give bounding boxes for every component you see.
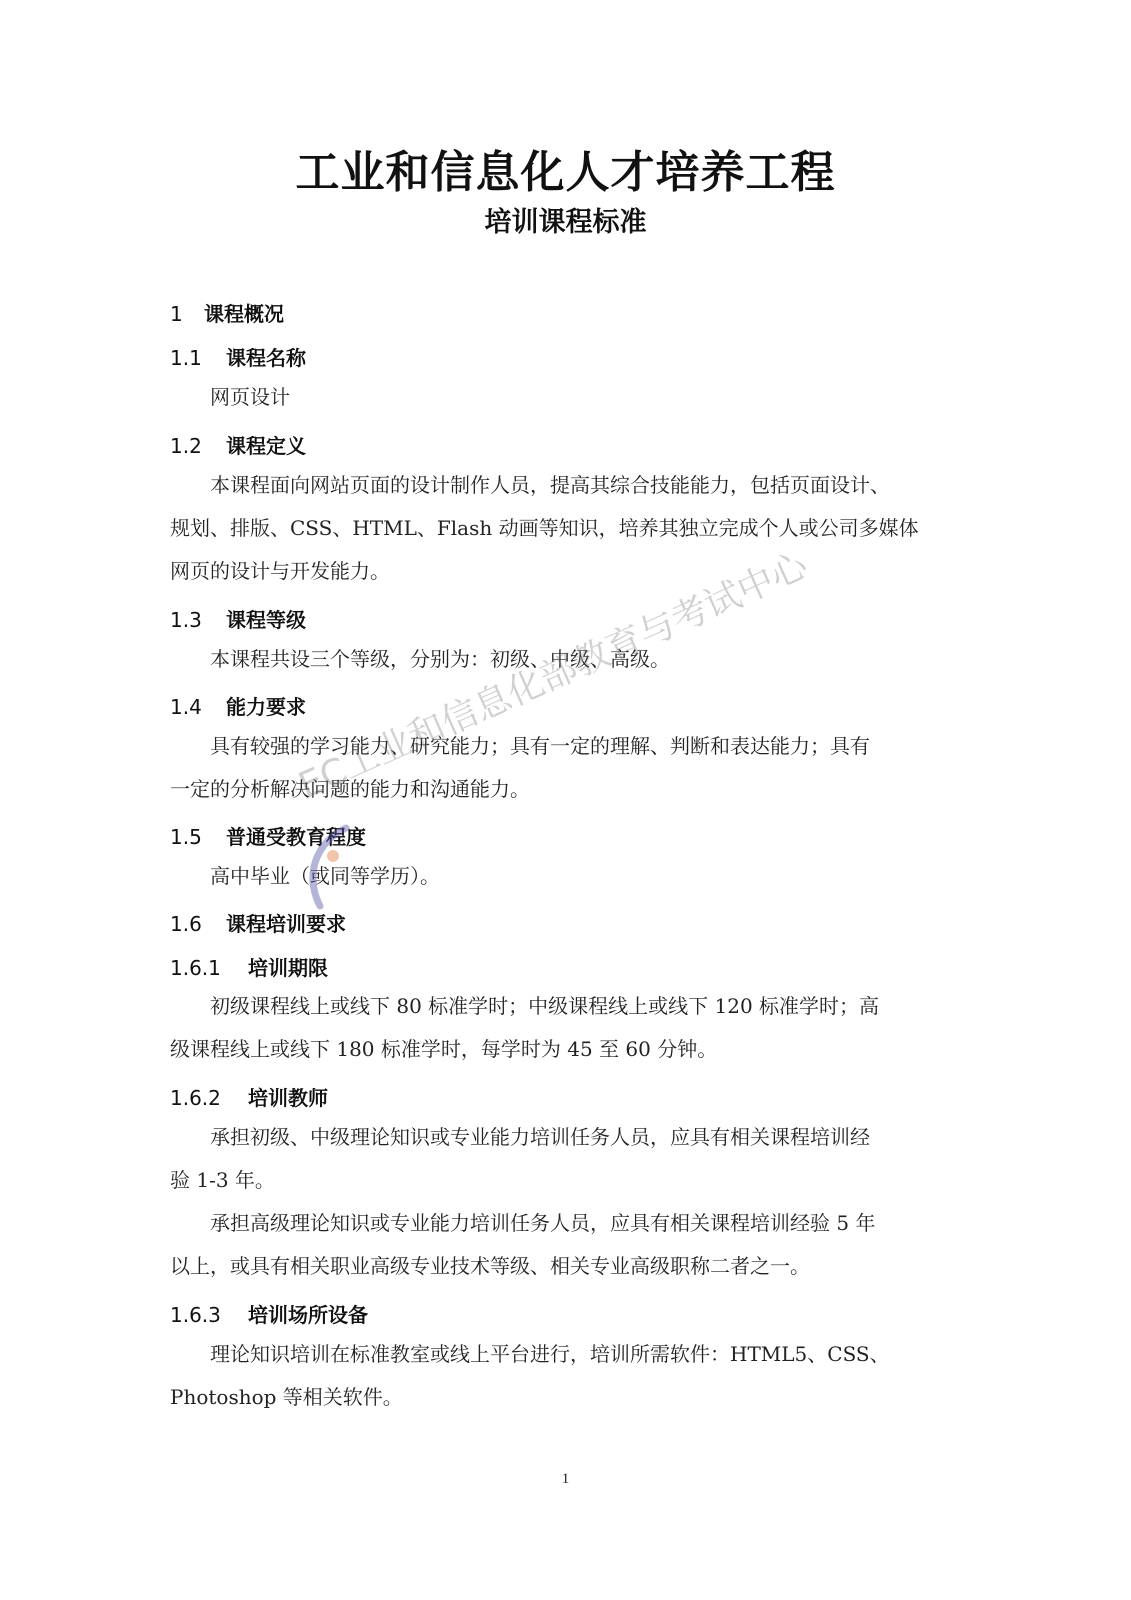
section-body-1-4: 具有较强的学习能力、研究能力；具有一定的理解、判断和表达能力；具有 一定的分析解… [170,725,960,811]
paragraph-line: 规划、排版、CSS、HTML、Flash 动画等知识，培养其独立完成个人或公司多… [170,507,960,550]
paragraph-line: 本课程共设三个等级，分别为：初级、中级、高级。 [170,638,960,681]
paragraph-line: 一定的分析解决问题的能力和沟通能力。 [170,768,960,811]
paragraph-line: 承担高级理论知识或专业能力培训任务人员，应具有相关课程培训经验 5 年 [170,1202,960,1245]
paragraph-line: 验 1-3 年。 [170,1159,960,1202]
section-number: 1.6.2 [170,1086,248,1110]
paragraph-line: 本课程面向网站页面的设计制作人员，提高其综合技能能力，包括页面设计、 [170,464,960,507]
section-number: 1.1 [170,346,226,370]
section-heading-1-6: 1.6课程培训要求 [170,908,346,937]
section-title: 培训场所设备 [248,1303,368,1327]
section-title: 课程定义 [226,434,306,458]
section-body-1-6-3: 理论知识培训在标准教室或线上平台进行，培训所需软件：HTML5、CSS、 Pho… [170,1333,960,1419]
section-title: 课程培训要求 [226,912,346,936]
section-title: 能力要求 [226,695,306,719]
paragraph-line: Photoshop 等相关软件。 [170,1376,960,1419]
document-page: 工业和信息化人才培养工程 培训课程标准 1课程概况 1.1课程名称 网页设计 1… [0,0,1131,1600]
section-title: 课程等级 [226,608,306,632]
paragraph-line: 具有较强的学习能力、研究能力；具有一定的理解、判断和表达能力；具有 [170,725,960,768]
section-title: 培训教师 [248,1086,328,1110]
section-heading-1-1: 1.1课程名称 [170,342,306,371]
section-number: 1.6.3 [170,1303,248,1327]
section-number: 1.6.1 [170,956,248,980]
section-heading-1-6-3: 1.6.3培训场所设备 [170,1299,368,1328]
paragraph-line: 理论知识培训在标准教室或线上平台进行，培训所需软件：HTML5、CSS、 [170,1333,960,1376]
section-heading-1-4: 1.4能力要求 [170,691,306,720]
paragraph-line: 级课程线上或线下 180 标准学时，每学时为 45 至 60 分钟。 [170,1028,960,1071]
section-number: 1.6 [170,912,226,936]
page-number: 1 [0,1471,1131,1488]
section-heading-1: 1课程概况 [170,298,284,327]
paragraph-line: 高中毕业（或同等学历）。 [170,855,960,898]
section-title: 课程名称 [226,346,306,370]
document-title: 工业和信息化人才培养工程 [0,136,1131,200]
section-title: 普通受教育程度 [226,825,366,849]
section-body-1-1: 网页设计 [170,376,960,419]
paragraph-line: 网页设计 [170,376,960,419]
document-subtitle: 培训课程标准 [0,200,1131,239]
section-heading-1-3: 1.3课程等级 [170,604,306,633]
section-body-1-6-2: 承担初级、中级理论知识或专业能力培训任务人员，应具有相关课程培训经 验 1-3 … [170,1116,960,1288]
section-number: 1.3 [170,608,226,632]
section-body-1-2: 本课程面向网站页面的设计制作人员，提高其综合技能能力，包括页面设计、 规划、排版… [170,464,960,593]
section-body-1-6-1: 初级课程线上或线下 80 标准学时；中级课程线上或线下 120 标准学时；高 级… [170,985,960,1071]
paragraph-line: 承担初级、中级理论知识或专业能力培训任务人员，应具有相关课程培训经 [170,1116,960,1159]
section-body-1-3: 本课程共设三个等级，分别为：初级、中级、高级。 [170,638,960,681]
section-body-1-5: 高中毕业（或同等学历）。 [170,855,960,898]
section-heading-1-5: 1.5普通受教育程度 [170,821,366,850]
section-number: 1.2 [170,434,226,458]
section-title: 培训期限 [248,956,328,980]
section-number: 1 [170,302,204,326]
section-title: 课程概况 [204,302,284,326]
section-heading-1-2: 1.2课程定义 [170,430,306,459]
paragraph-line: 网页的设计与开发能力。 [170,550,960,593]
section-number: 1.4 [170,695,226,719]
paragraph-line: 初级课程线上或线下 80 标准学时；中级课程线上或线下 120 标准学时；高 [170,985,960,1028]
paragraph-line: 以上，或具有相关职业高级专业技术等级、相关专业高级职称二者之一。 [170,1245,960,1288]
section-heading-1-6-1: 1.6.1培训期限 [170,952,328,981]
section-heading-1-6-2: 1.6.2培训教师 [170,1082,328,1111]
section-number: 1.5 [170,825,226,849]
